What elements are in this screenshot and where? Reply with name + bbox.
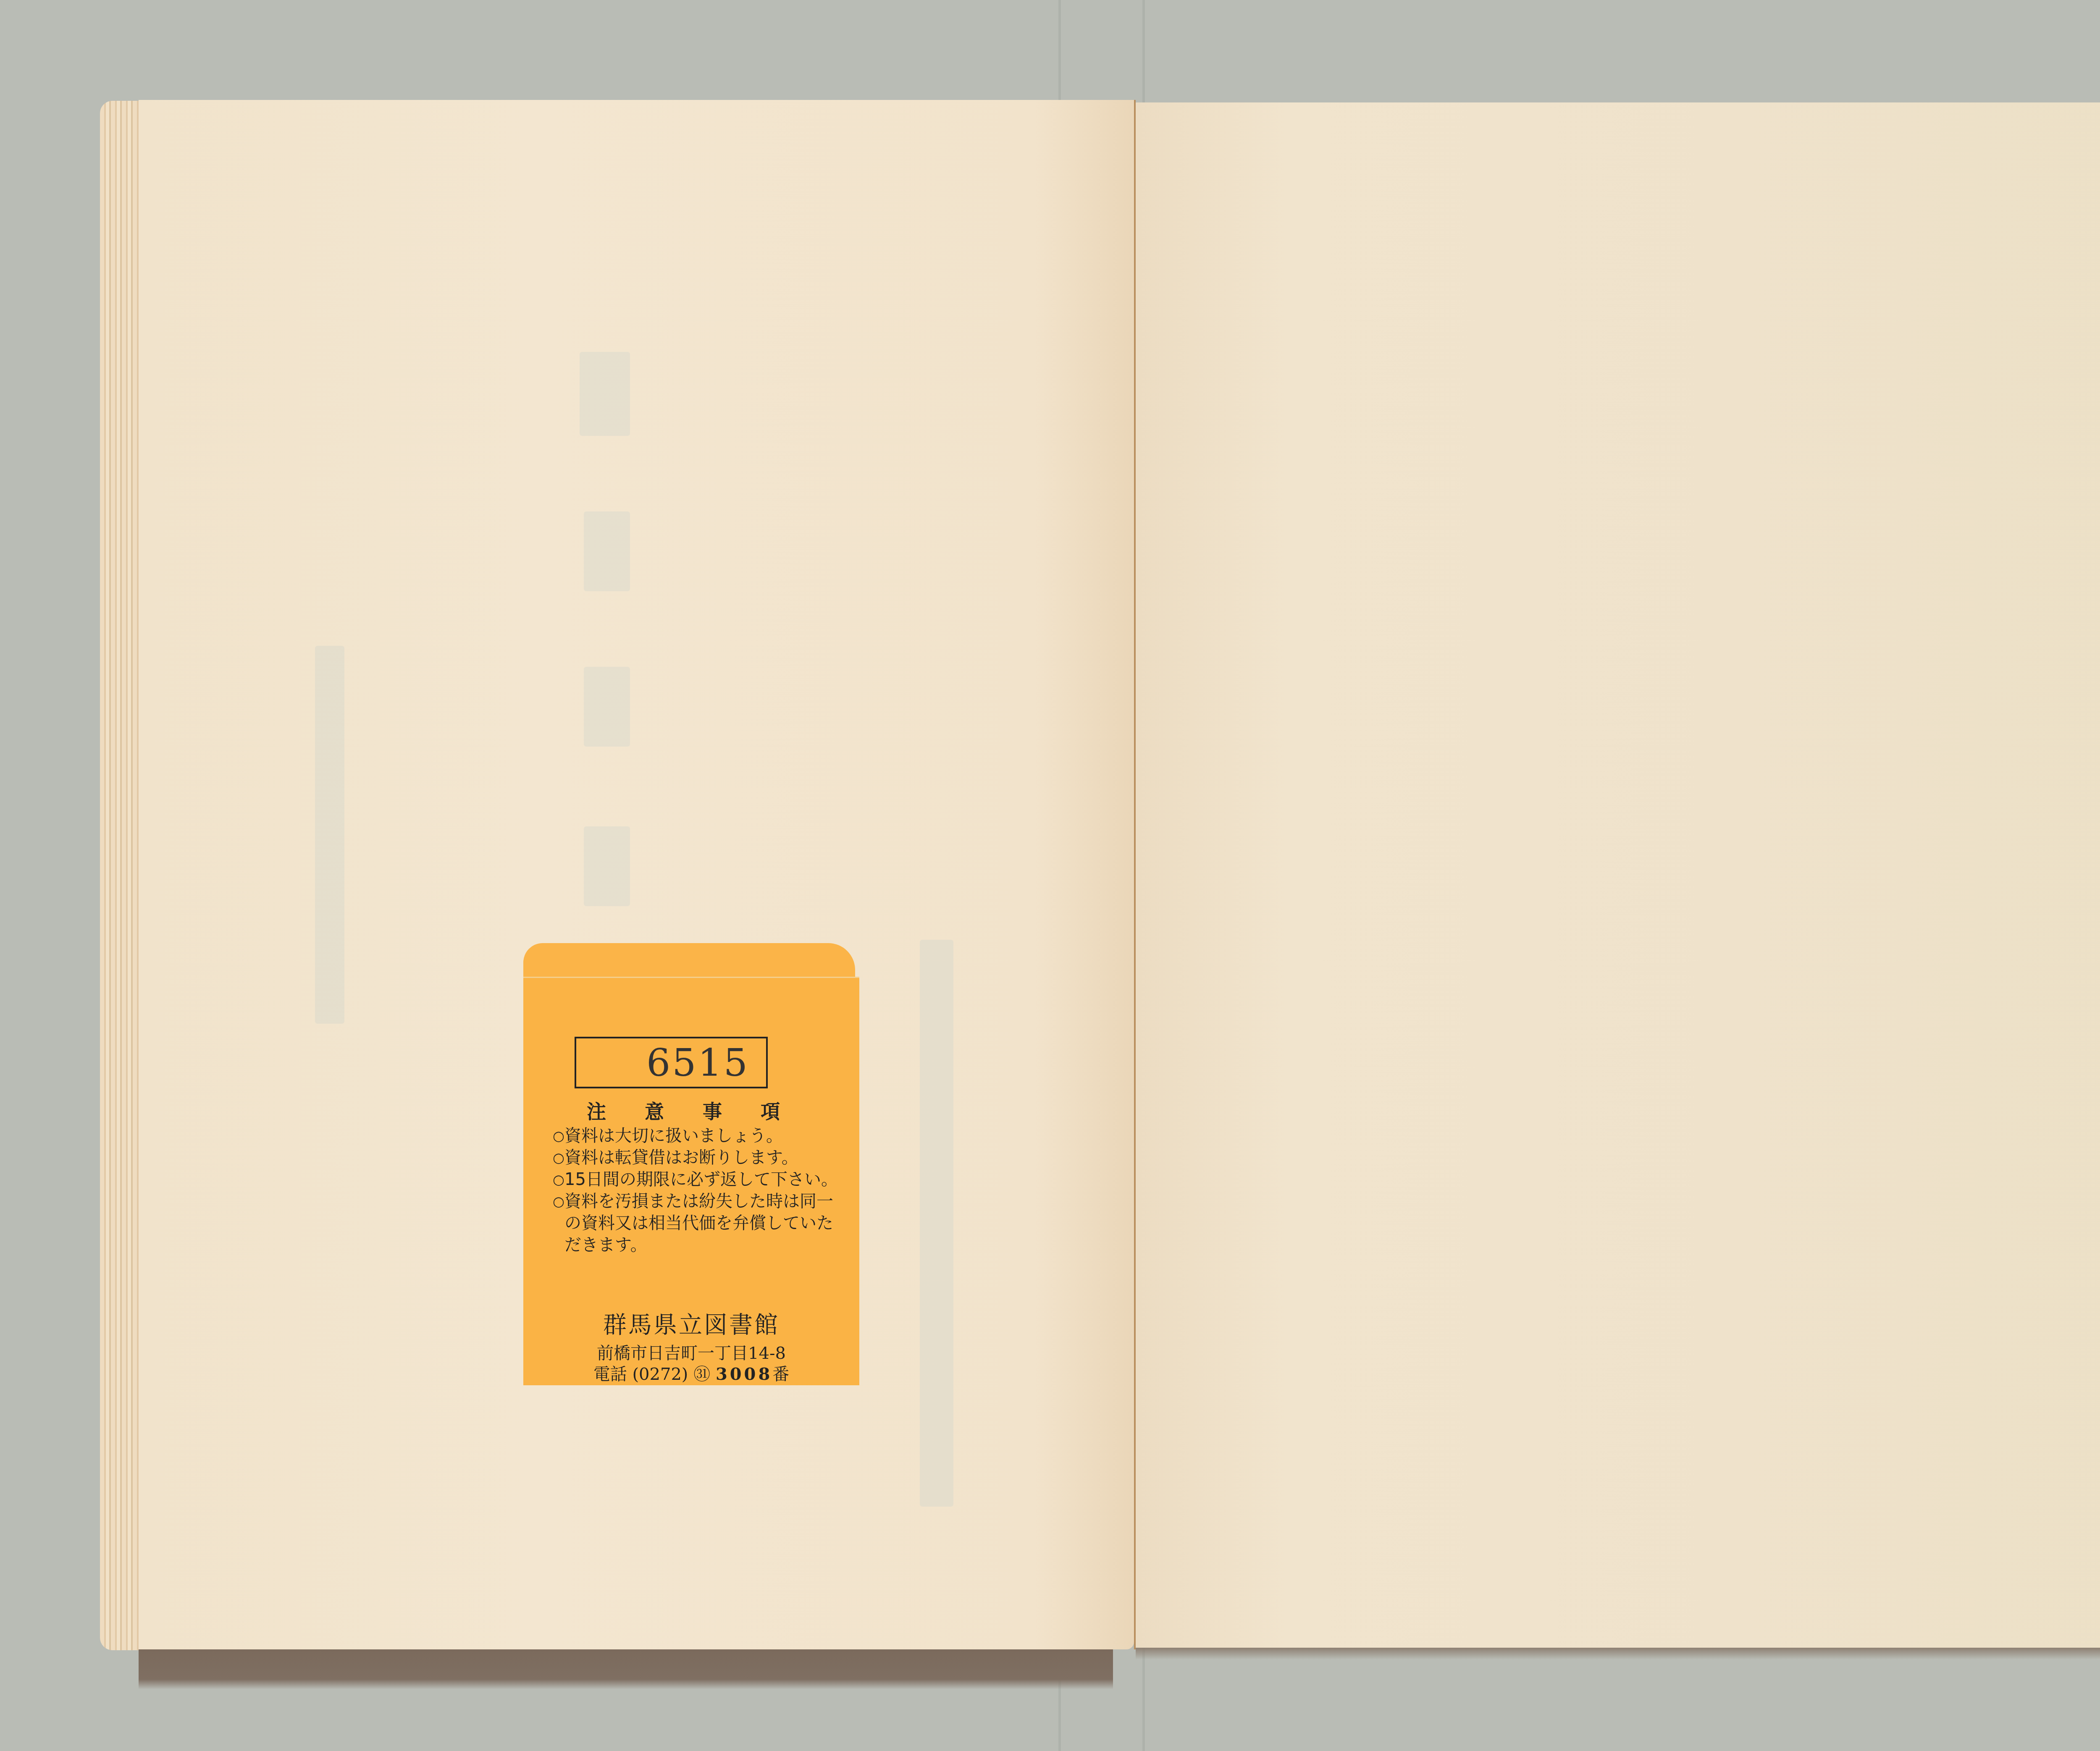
call-number: 6515: [646, 1041, 749, 1085]
left-page[interactable]: [139, 100, 1134, 1649]
notice-title: 注 意 事 項: [523, 1096, 859, 1124]
page-shadow: [1136, 1647, 2100, 1659]
rule-item: ○ 資料を汚損または紛失した時は同一の資料又は相当代価を弁償していただきます。: [553, 1190, 847, 1256]
library-phone: 電話 (0272) ㉛ 3008番: [523, 1361, 859, 1385]
right-page[interactable]: [1136, 102, 2100, 1648]
pocket-front: 6515 注 意 事 項 ○ 資料は大切に扱いましょう。 ○ 資料は転貸借はお断…: [523, 977, 859, 1385]
show-through-text: [584, 826, 630, 906]
page-shadow: [139, 1649, 1113, 1689]
rules-list: ○ 資料は大切に扱いましょう。 ○ 資料は転貸借はお断りします。 ○ 15日間の…: [553, 1125, 847, 1256]
library-address: 前橋市日吉町一丁目14-8: [523, 1340, 859, 1364]
call-number-box: 6515: [575, 1037, 768, 1088]
show-through-text: [315, 646, 344, 1024]
library-card-pocket[interactable]: 6515 注 意 事 項 ○ 資料は大切に扱いましょう。 ○ 資料は転貸借はお断…: [523, 943, 859, 1384]
circle-bullet-icon: ○: [553, 1125, 564, 1147]
circle-bullet-icon: ○: [553, 1147, 564, 1169]
rule-item: ○ 資料は大切に扱いましょう。: [553, 1125, 847, 1147]
rule-item: ○ 15日間の期限に必ず返して下さい。: [553, 1169, 847, 1190]
open-book: 6515 注 意 事 項 ○ 資料は大切に扱いましょう。 ○ 資料は転貸借はお断…: [0, 0, 2100, 1751]
show-through-text: [584, 511, 630, 591]
circle-bullet-icon: ○: [553, 1190, 564, 1256]
circle-bullet-icon: ○: [553, 1169, 564, 1190]
show-through-text: [580, 352, 630, 436]
show-through-text: [920, 940, 953, 1507]
show-through-text: [584, 667, 630, 747]
rule-item: ○ 資料は転貸借はお断りします。: [553, 1147, 847, 1169]
library-name: 群馬県立図書館: [523, 1306, 859, 1340]
